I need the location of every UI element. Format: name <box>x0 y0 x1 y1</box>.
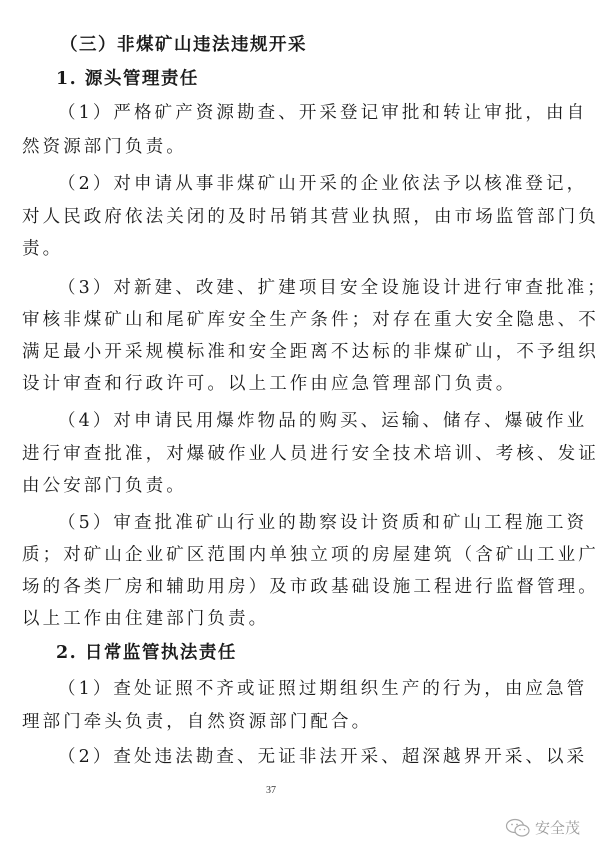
paragraph-line: 然资源部门负责。 <box>22 136 582 158</box>
paragraph-line: （1）查处证照不齐或证照过期组织生产的行为，由应急管 <box>58 678 598 700</box>
paragraph-line: 满足最小开采规模标准和安全距离不达标的非煤矿山，不予组织 <box>22 341 582 363</box>
section-heading: （三）非煤矿山违法违规开采 <box>60 34 598 56</box>
paragraph-line: 对人民政府依法关闭的及时吊销其营业执照，由市场监管部门负 <box>22 206 582 228</box>
paragraph-line: 由公安部门负责。 <box>22 475 582 497</box>
page-number: 37 <box>266 785 276 796</box>
subsection-title: 2. 日常监管执法责任 <box>56 642 598 664</box>
paragraph-line: 以上工作由住建部门负责。 <box>22 608 582 630</box>
paragraph-line: （2）查处违法勘查、无证非法开采、超深越界开采、以采 <box>58 746 598 768</box>
paragraph-line: 审核非煤矿山和尾矿库安全生产条件；对存在重大安全隐患、不 <box>22 309 582 331</box>
watermark: 安全茂 <box>505 817 580 838</box>
paragraph-line: （4）对申请民用爆炸物品的购买、运输、储存、爆破作业 <box>58 410 598 432</box>
paragraph-line: （3）对新建、改建、扩建项目安全设施设计进行审查批准； <box>58 277 598 299</box>
paragraph-line: 进行审查批准，对爆破作业人员进行安全技术培训、考核、发证， <box>22 443 582 465</box>
paragraph-line: 理部门牵头负责，自然资源部门配合。 <box>22 711 582 733</box>
paragraph-line: （5）审查批准矿山行业的勘察设计资质和矿山工程施工资 <box>58 512 598 534</box>
paragraph-line: 质；对矿山企业矿区范围内单独立项的房屋建筑（含矿山工业广 <box>22 544 582 566</box>
paragraph-line: 场的各类厂房和辅助用房）及市政基础设施工程进行监督管理。 <box>22 576 582 598</box>
watermark-text: 安全茂 <box>535 817 580 838</box>
paragraph-line: （2）对申请从事非煤矿山开采的企业依法予以核准登记， <box>58 173 598 195</box>
paragraph-line: 设计审查和行政许可。以上工作由应急管理部门负责。 <box>22 373 582 395</box>
paragraph-line: 责。 <box>22 238 582 260</box>
paragraph-line: （1）严格矿产资源勘查、开采登记审批和转让审批，由自 <box>58 102 598 124</box>
subsection-title: 1. 源头管理责任 <box>56 68 598 90</box>
wechat-icon <box>505 818 531 838</box>
